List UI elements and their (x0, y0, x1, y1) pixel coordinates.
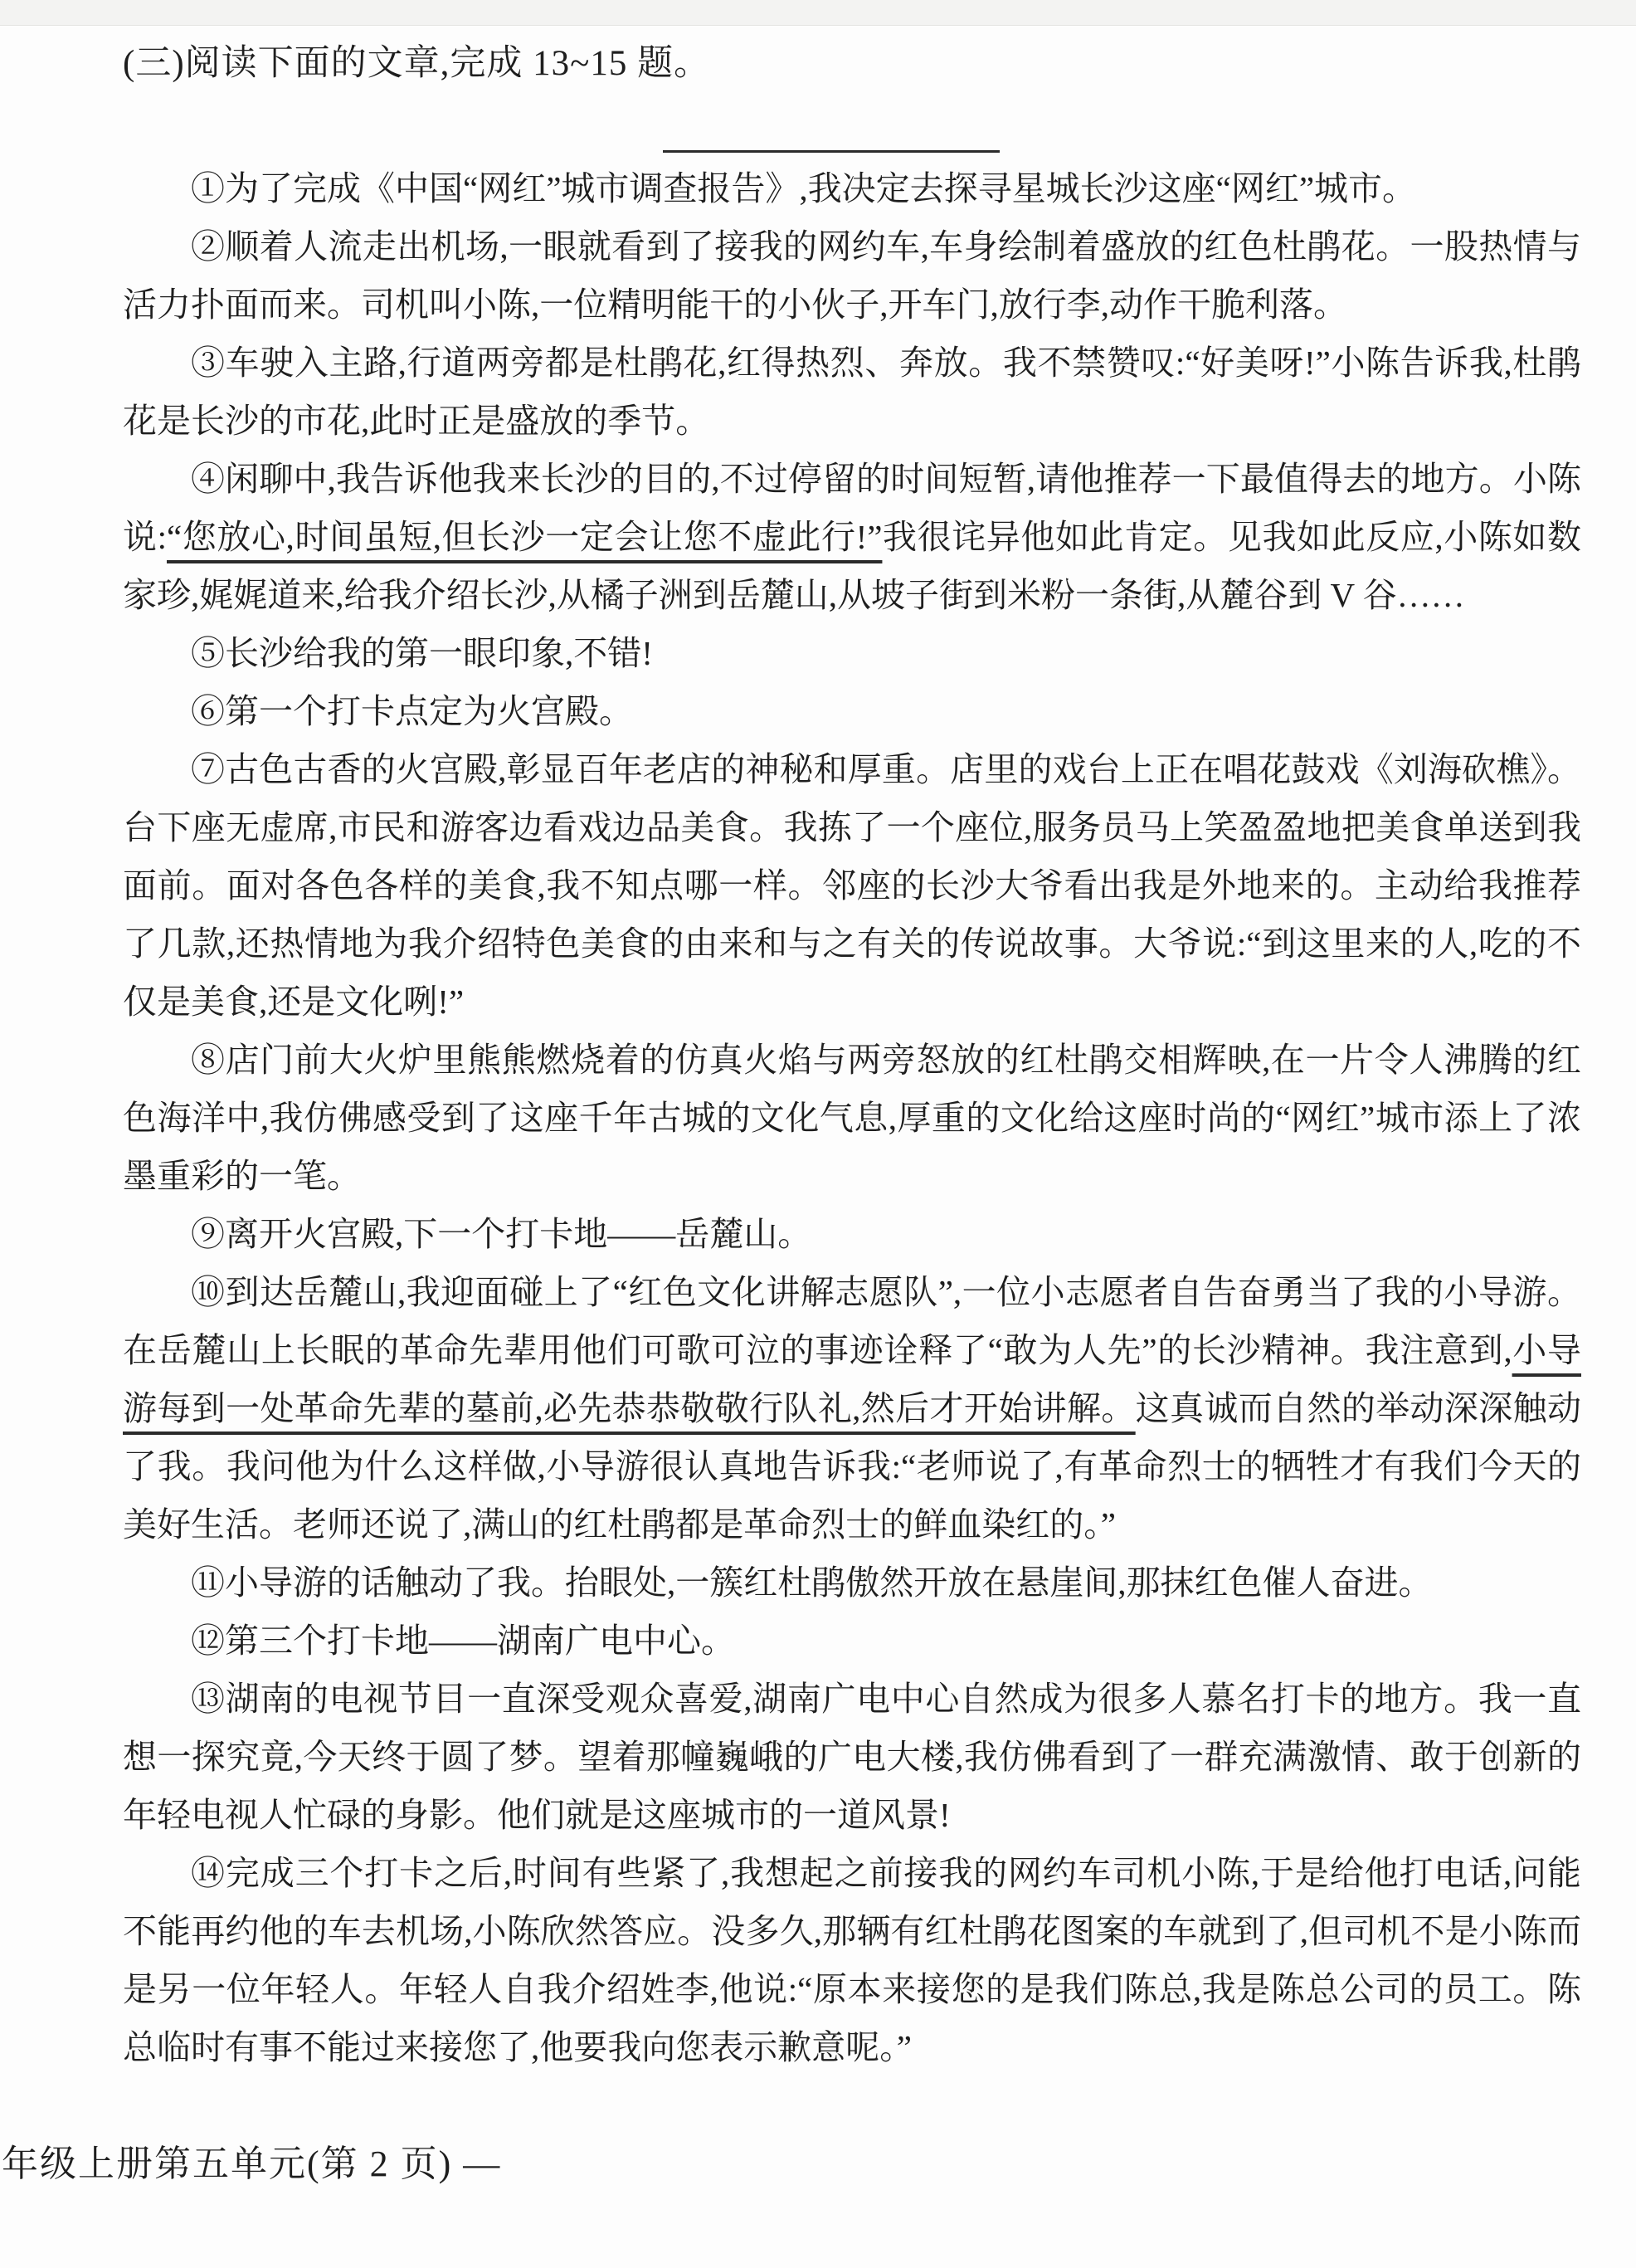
text-segment: ⑩到达岳麓山,我迎面碰上了“红色文化讲解志愿队”,一位小志愿者自告奋勇当了我的小… (123, 1273, 1581, 1369)
paragraph: ⑦古色古香的火宫殿,彰显百年老店的神秘和厚重。店里的戏台上正在唱花鼓戏《刘海砍樵… (123, 740, 1581, 1031)
text-segment: ③车驶入主路,行道两旁都是杜鹃花,红得热烈、奔放。我不禁赞叹:“好美呀!”小陈告… (123, 344, 1581, 440)
text-segment: ①为了完成《中国“网红”城市调查报告》,我决定去探寻星城长沙这座“网红”城市。 (191, 169, 1416, 207)
paragraph: ⑭完成三个打卡之后,时间有些紧了,我想起之前接我的网约车司机小陈,于是给他打电话… (123, 1844, 1581, 2076)
text-segment: ⑧店门前大火炉里熊熊燃烧着的仿真火焰与两旁怒放的红杜鹃交相辉映,在一片令人沸腾的… (123, 1041, 1581, 1195)
underlined-phrase: “您放心,时间虽短,但长沙一定会让您不虚此行!” (167, 518, 882, 556)
paragraph: ③车驶入主路,行道两旁都是杜鹃花,红得热烈、奔放。我不禁赞叹:“好美呀!”小陈告… (123, 334, 1581, 450)
text-segment: ⑫第三个打卡地——湖南广电中心。 (191, 1622, 735, 1660)
page-footer: 年级上册第五单元(第 2 页) — (2, 2143, 501, 2186)
text-segment: ⑪小导游的话触动了我。抬眼处,一簇红杜鹃傲然开放在悬崖间,那抹红色催人奋进。 (191, 1563, 1433, 1602)
paragraph: ⑪小导游的话触动了我。抬眼处,一簇红杜鹃傲然开放在悬崖间,那抹红色催人奋进。 (123, 1553, 1581, 1612)
text-segment: ⑬湖南的电视节目一直深受观众喜爱,湖南广电中心自然成为很多人慕名打卡的地方。我一… (123, 1680, 1581, 1834)
text-segment: ⑥第一个打卡点定为火宫殿。 (191, 692, 633, 730)
text-segment: ⑭完成三个打卡之后,时间有些紧了,我想起之前接我的网约车司机小陈,于是给他打电话… (123, 1854, 1581, 2066)
paragraph: ⑥第一个打卡点定为火宫殿。 (123, 682, 1581, 740)
title-blank-line (663, 150, 1000, 153)
paragraph: ④闲聊中,我告诉他我来长沙的目的,不过停留的时间短暂,请他推荐一下最值得去的地方… (123, 450, 1581, 624)
paragraph: ①为了完成《中国“网红”城市调查报告》,我决定去探寻星城长沙这座“网红”城市。 (123, 159, 1581, 217)
text-segment: ②顺着人流走出机场,一眼就看到了接我的网约车,车身绘制着盛放的红色杜鹃花。一股热… (123, 227, 1581, 324)
exam-page: (三)阅读下面的文章,完成 13~15 题。 ①为了完成《中国“网红”城市调查报… (0, 0, 1636, 2268)
scan-edge-band (0, 0, 1636, 26)
paragraph: ⑧店门前大火炉里熊熊燃烧着的仿真火焰与两旁怒放的红杜鹃交相辉映,在一片令人沸腾的… (123, 1031, 1581, 1205)
text-segment: ⑤长沙给我的第一眼印象,不错! (191, 634, 653, 672)
paragraph: ⑨离开火宫殿,下一个打卡地——岳麓山。 (123, 1205, 1581, 1263)
section-header: (三)阅读下面的文章,完成 13~15 题。 (123, 40, 1581, 88)
paragraph: ⑫第三个打卡地——湖南广电中心。 (123, 1612, 1581, 1670)
paragraph: ⑤长沙给我的第一眼印象,不错! (123, 624, 1581, 682)
text-segment: ⑦古色古香的火宫殿,彰显百年老店的神秘和厚重。店里的戏台上正在唱花鼓戏《刘海砍樵… (123, 750, 1581, 1021)
paragraph: ②顺着人流走出机场,一眼就看到了接我的网约车,车身绘制着盛放的红色杜鹃花。一股热… (123, 217, 1581, 334)
text-segment: ⑨离开火宫殿,下一个打卡地——岳麓山。 (191, 1215, 811, 1253)
paragraph: ⑩到达岳麓山,我迎面碰上了“红色文化讲解志愿队”,一位小志愿者自告奋勇当了我的小… (123, 1263, 1581, 1553)
reading-passage: ①为了完成《中国“网红”城市调查报告》,我决定去探寻星城长沙这座“网红”城市。②… (123, 159, 1581, 2076)
paragraph: ⑬湖南的电视节目一直深受观众喜爱,湖南广电中心自然成为很多人慕名打卡的地方。我一… (123, 1670, 1581, 1844)
